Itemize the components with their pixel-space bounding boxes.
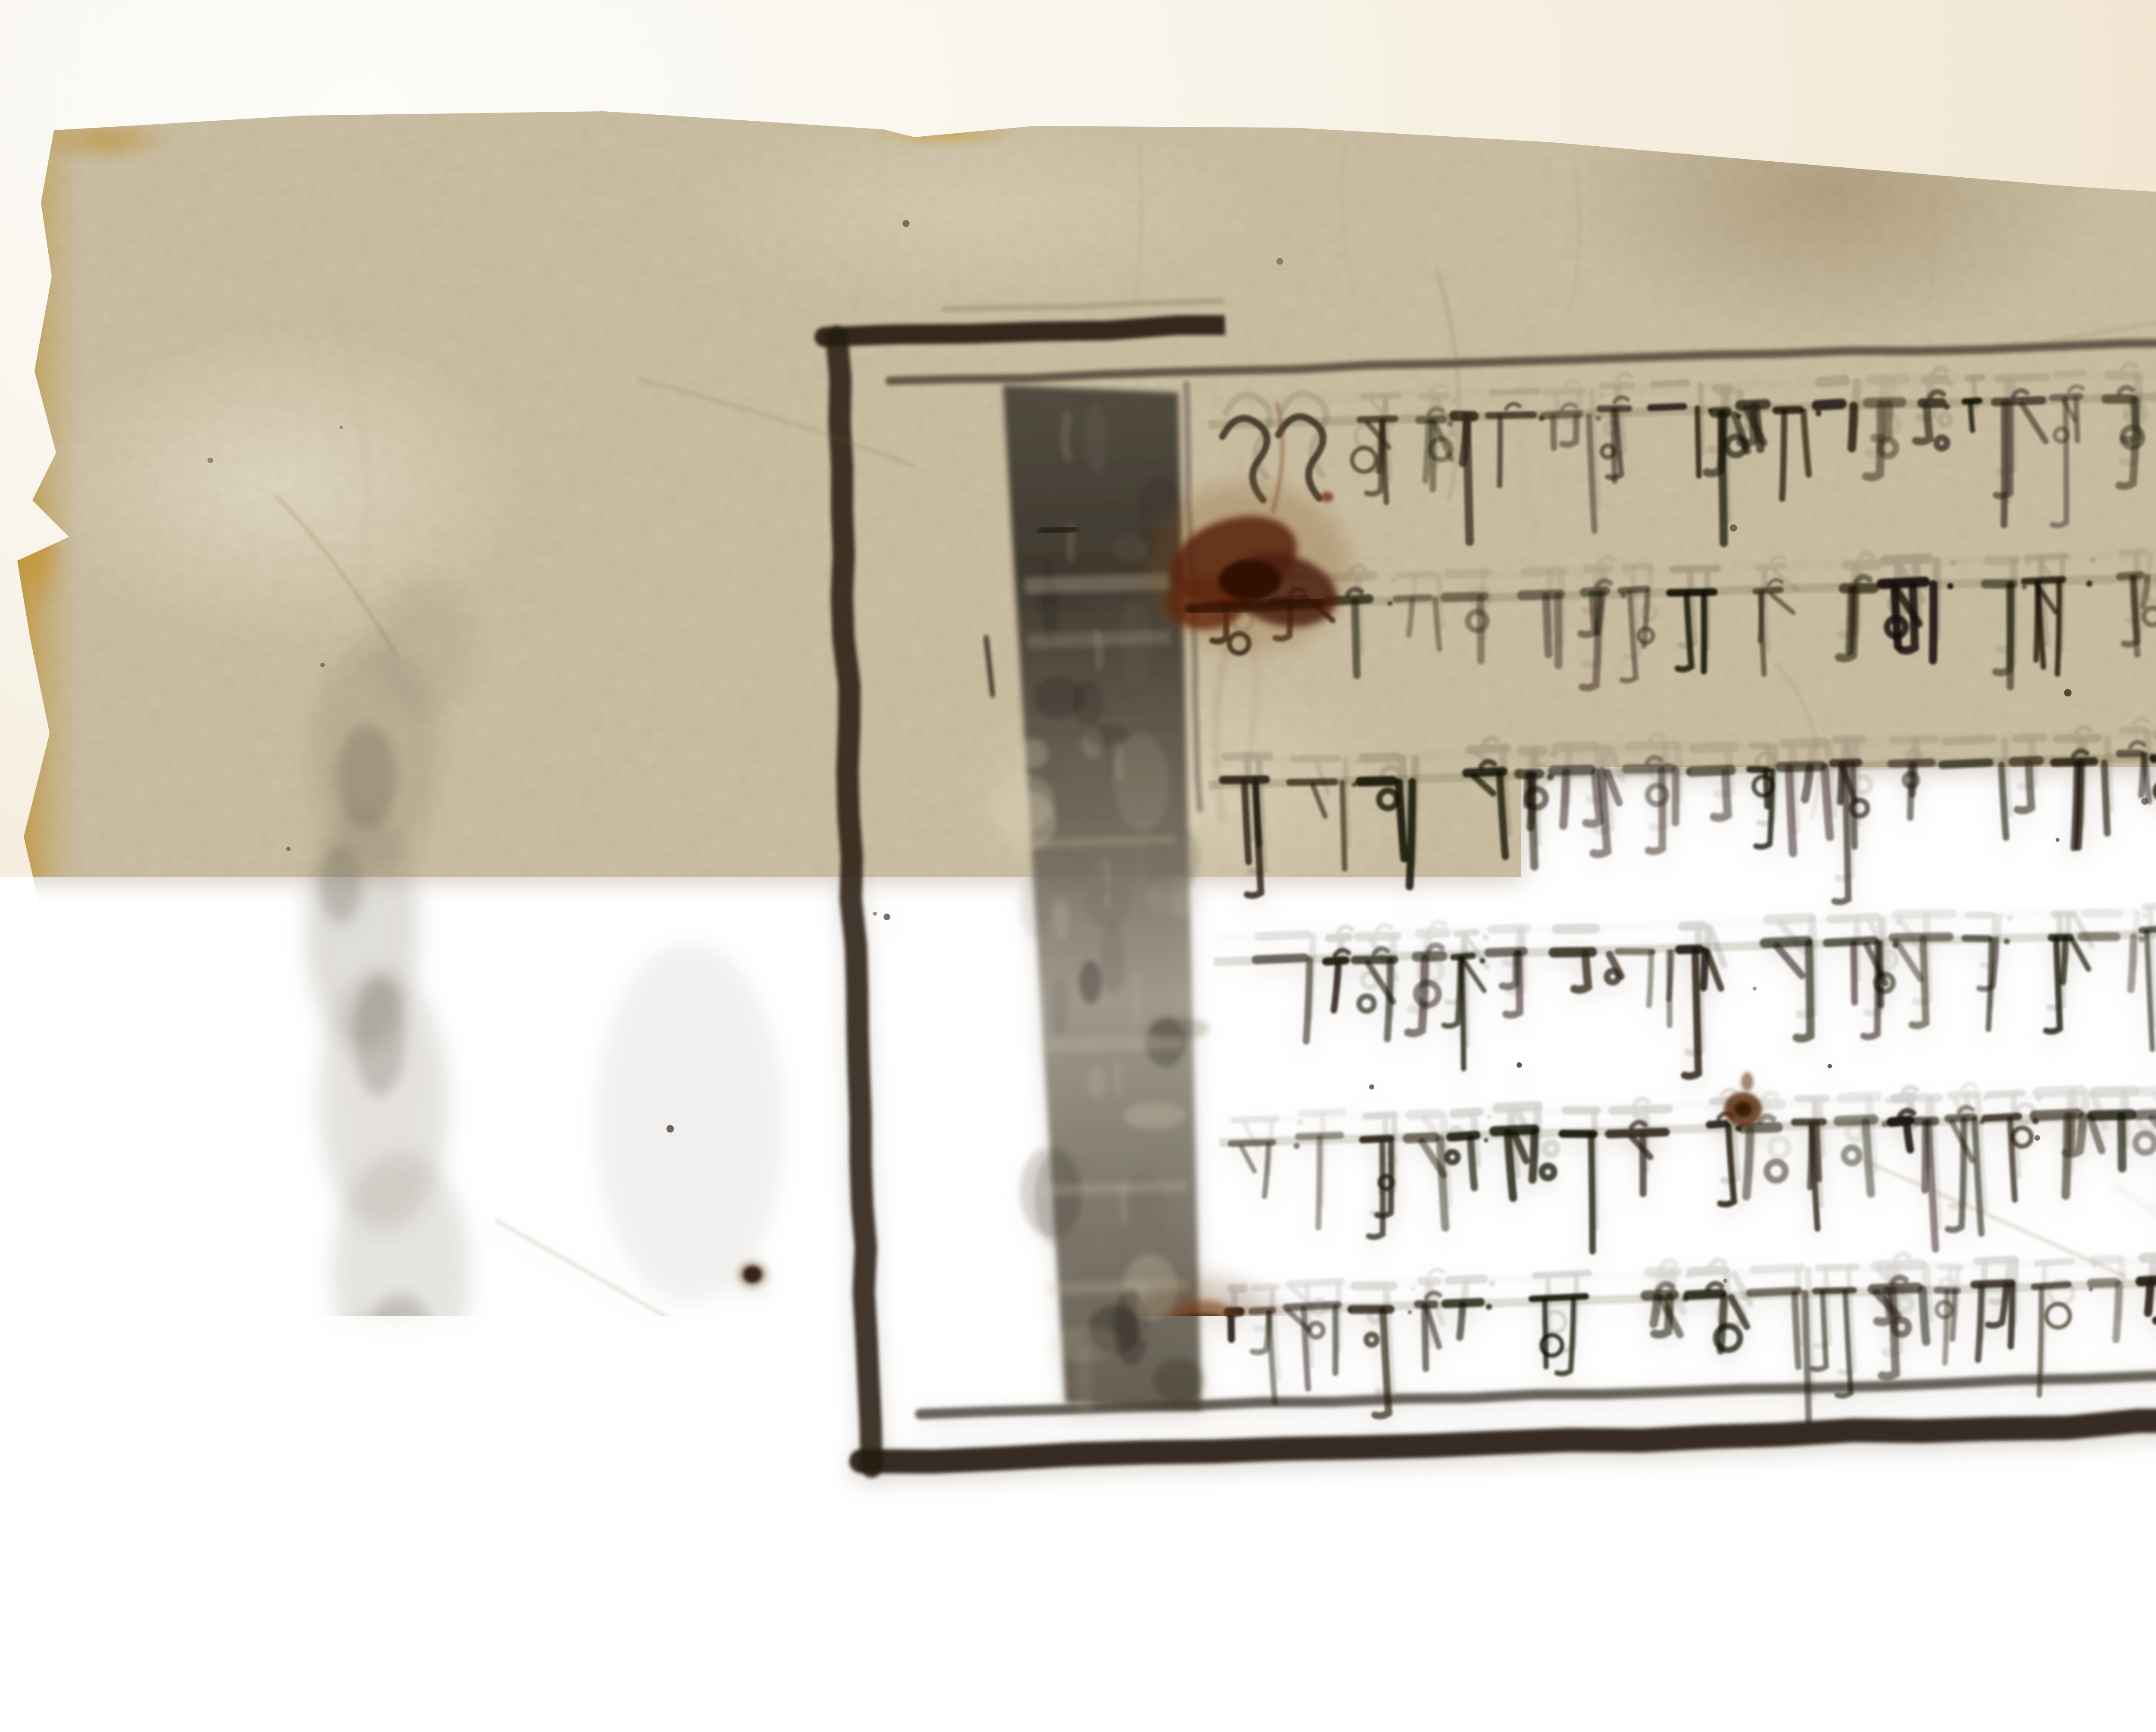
photographed-manuscript (0, 0, 2156, 1732)
manuscript-folio (0, 0, 2156, 1732)
stains-and-marks-overlay (0, 0, 2156, 1732)
